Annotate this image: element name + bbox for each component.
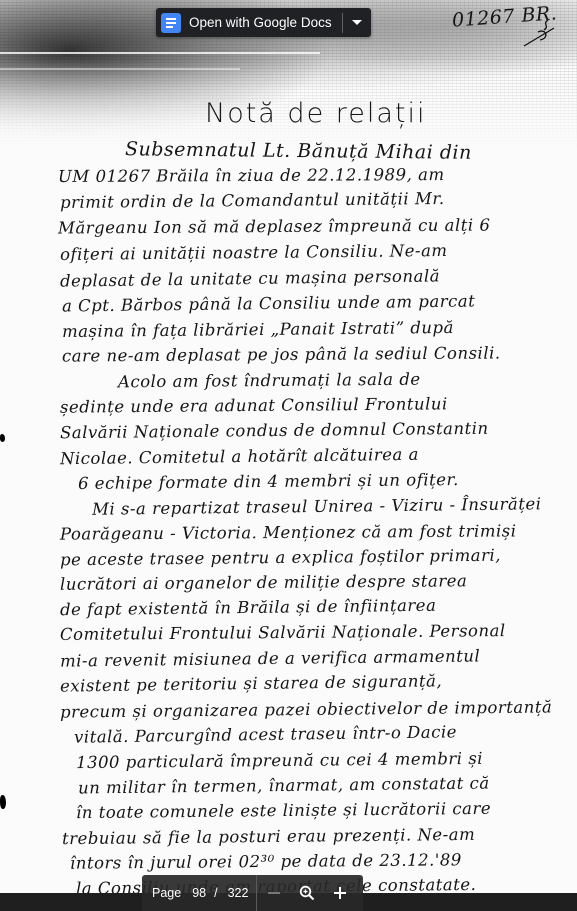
open-with-google-docs-button[interactable]: Open with Google Docs: [156, 8, 342, 37]
handwritten-line: UM 01267 Brăila în ziua de 22.12.1989, a…: [58, 165, 445, 186]
page-indicator: Page 98 / 322: [142, 886, 246, 900]
handwritten-line: Salvării Naționale condus de domnul Cons…: [60, 419, 489, 442]
page-separator: /: [214, 886, 217, 900]
caret-down-icon: [352, 20, 362, 25]
handwritten-line: de fapt existentă în Brăila și de înfiin…: [60, 596, 437, 620]
handwritten-line: trebuiau să fie la posturi erau prezenți…: [62, 825, 475, 848]
open-with-dropdown-button[interactable]: [343, 8, 371, 37]
page-controls: Page 98 / 322: [142, 875, 363, 911]
zoom-reset-button[interactable]: [290, 875, 323, 911]
handwritten-line: Acolo am fost îndrumați la sala de: [118, 370, 421, 392]
handwritten-line: Nicolae. Comitetul a hotărît alcătuirea …: [60, 445, 419, 468]
handwritten-line: a Cpt. Bărbos până la Consiliu unde am p…: [62, 291, 476, 315]
handwritten-line: Comitetului Frontului Salvării Naționale…: [60, 621, 506, 644]
handwritten-line: Poarăgeanu - Victoria. Menționez că am f…: [60, 521, 517, 543]
handwritten-line: 1300 particulară împreună cu cei 4 membr…: [76, 749, 483, 772]
page-label: Page: [152, 886, 181, 900]
handwritten-line: lucrători ai organelor de miliție despre…: [60, 571, 467, 594]
scan-streak: [0, 52, 320, 54]
handwritten-line: în toate comunele este liniște și lucrăt…: [76, 799, 491, 822]
handwritten-line: primit ordin de la Comandantul unității …: [60, 189, 445, 212]
handwritten-line: vitală. Parcurgînd acest traseu într-o D…: [74, 722, 457, 746]
handwritten-line: ofițeri ai unității noastre la Consiliu.…: [60, 241, 448, 264]
handwritten-line: mașina în fața librăriei „Panait Istrati…: [62, 318, 454, 341]
handwritten-line: care ne-am deplasat pe jos până la sediu…: [62, 343, 501, 365]
handwritten-line: întors în jurul orei 02³⁰ pe data de 23.…: [70, 850, 462, 872]
signature-mark: [520, 18, 560, 48]
minus-icon: [268, 892, 280, 894]
handwritten-line: existent pe teritoriu și starea de sigur…: [60, 671, 442, 695]
plus-icon: [334, 887, 346, 899]
handwritten-line: 6 echipe formate din 4 membri și un ofiț…: [78, 470, 459, 493]
total-pages: 322: [228, 886, 249, 900]
google-docs-icon: [161, 13, 181, 33]
punch-hole-mark: [0, 795, 6, 809]
handwritten-line: precum și organizarea pazei obiectivelor…: [60, 697, 552, 721]
punch-hole-mark: [0, 434, 5, 442]
open-with-google-docs: Open with Google Docs: [156, 8, 371, 37]
handwritten-line: Mărgeanu Ion să mă deplasez împreună cu …: [58, 215, 491, 237]
scan-streak: [0, 68, 240, 70]
open-with-label: Open with Google Docs: [189, 15, 332, 30]
handwritten-line: Mi s-a repartizat traseul Unirea - Vizir…: [92, 494, 542, 518]
handwritten-line: un militar în termen, înarmat, am consta…: [78, 773, 490, 797]
handwritten-line: pe aceste trasee pentru a explica foștil…: [60, 546, 501, 570]
document-title: Notă de relații: [205, 98, 427, 129]
handwritten-line: deplasat de la unitate cu mașina persona…: [60, 266, 440, 290]
handwritten-line: mi-a revenit misiunea de a verifica arma…: [60, 646, 480, 670]
handwritten-line: ședințe unde era adunat Consiliul Frontu…: [60, 394, 448, 416]
handwritten-line: Subsemnatul Lt. Bănuță Mihai din: [125, 138, 472, 164]
document-page: 01267 BR. Notă de relații Subsemnatul Lt…: [0, 0, 577, 893]
zoom-in-button[interactable]: [323, 875, 356, 911]
magnifier-icon: [299, 885, 315, 901]
current-page[interactable]: 98: [192, 886, 206, 900]
zoom-out-button[interactable]: [257, 875, 290, 911]
